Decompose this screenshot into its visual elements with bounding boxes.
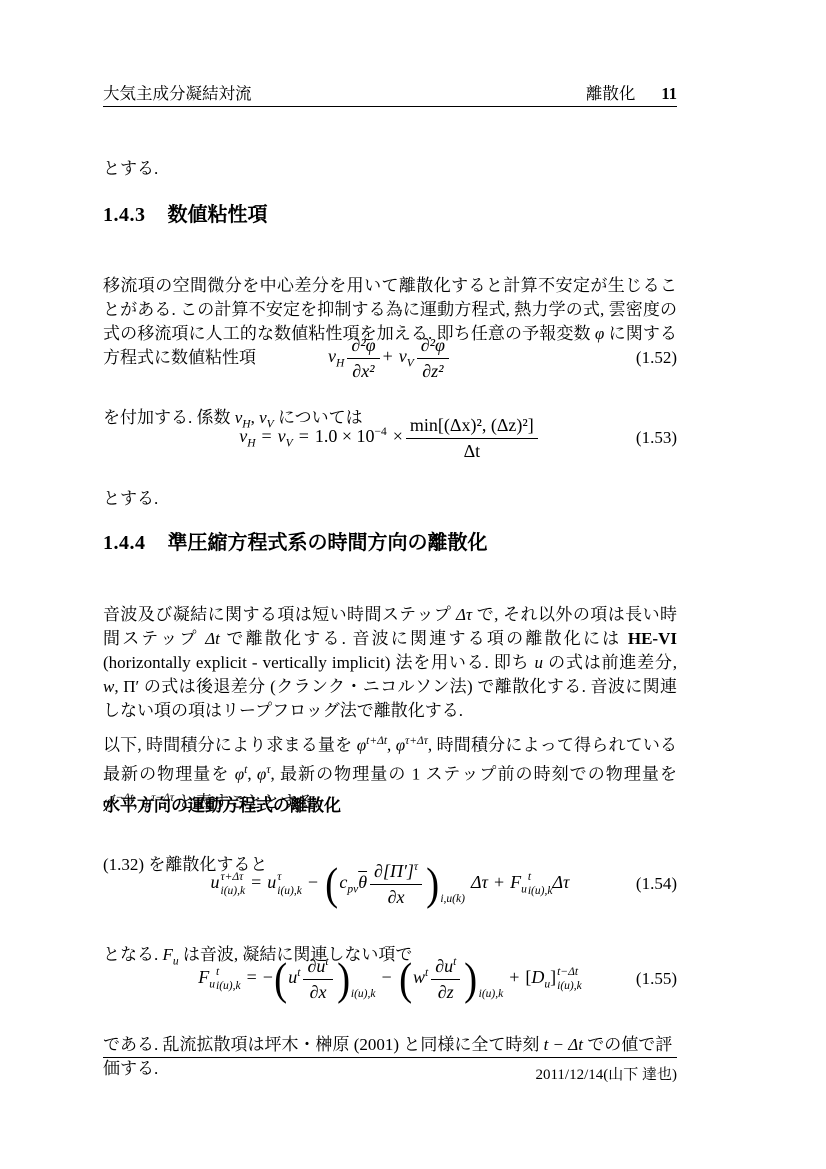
math-sup: t: [528, 870, 553, 884]
paren-subscript: i,u(k): [440, 893, 465, 905]
fraction-numerator: ∂[Π′]τ: [370, 860, 422, 885]
math-var-F: F: [510, 872, 521, 892]
math-operator: +: [509, 967, 519, 987]
math-operator: −: [381, 967, 391, 987]
eq154-body: uτ+Δτi(u),k=uτi(u),k−(cpvθ∂[Π′]τ∂x)i,u(k…: [211, 872, 570, 892]
math-sub: i(u),k: [221, 884, 246, 898]
math-scripts: ti(u),k: [216, 965, 241, 994]
fraction: ∂²φ∂z²: [417, 334, 449, 382]
equation-152: νH∂²φ∂x²+νV∂²φ∂z² (1.52): [103, 334, 677, 382]
text-run: 移流項の空間微分を中心差分を用いて離散化すると計算不安定が生じることがある. こ…: [103, 276, 677, 343]
text-run: ,: [114, 677, 123, 696]
equation-155: Futi(u),k=−(ut∂ut∂x)i(u),k−(wt∂ut∂z)i(u)…: [103, 955, 677, 1003]
paren-subscript: i(u),k: [479, 988, 504, 1000]
header-page-number: 11: [661, 84, 677, 104]
math-scripts: t−Δti(u),k: [557, 965, 582, 994]
math-delta-tau: Δτ: [471, 872, 488, 892]
math-delta-tau: Δτ: [552, 872, 569, 892]
text-run: , 最新の物理量の 1 ステップ前の時刻での物理量を: [270, 764, 677, 783]
math-sup: t: [297, 967, 300, 979]
page-header: 大気主成分凝結対流 離散化 11: [103, 84, 677, 107]
fraction-numerator: min[(Δx)², (Δz)²]: [406, 414, 538, 439]
math-operator: +: [383, 346, 393, 366]
equation-154: uτ+Δτi(u),k=uτi(u),k−(cpvθ∂[Π′]τ∂x)i,u(k…: [103, 860, 677, 908]
math-sub: i(u),k: [216, 979, 241, 993]
paren-subscript: i(u),k: [351, 988, 376, 1000]
math-var-w: w: [103, 677, 114, 696]
math-var-nu: ν: [239, 426, 247, 446]
math-delta-t: Δt: [205, 629, 220, 648]
math-sup: −4: [375, 426, 387, 438]
header-section-name: 離散化: [586, 84, 636, 104]
subheading-label: 水平方向の運動方程式の離散化: [103, 796, 341, 815]
section-number: 1.4.3: [103, 204, 146, 226]
header-title-left: 大気主成分凝結対流: [103, 84, 252, 104]
section-number: 1.4.4: [103, 532, 146, 554]
math-t-minus-dt: t − Δt: [544, 1035, 583, 1054]
math-var-nu: ν: [328, 346, 336, 366]
math-sup: τ: [277, 870, 302, 884]
text-bold-hevi: HE-VI: [628, 629, 677, 648]
text-run: とする.: [103, 489, 158, 508]
text-run: ,: [387, 736, 396, 755]
math-var-theta-bar: θ: [358, 872, 367, 892]
math-var-pi-prime: Π′: [123, 677, 139, 696]
paragraph-tosuru-2: とする.: [103, 487, 677, 511]
eq155-body: Futi(u),k=−(ut∂ut∂x)i(u),k−(wt∂ut∂z)i(u)…: [198, 967, 581, 987]
math-sup: t: [425, 967, 428, 979]
page-footer: 2011/12/14(山下 達也): [103, 1057, 677, 1084]
footer-date: 2011/12/14(山下 達也): [535, 1067, 677, 1083]
math-sub: V: [407, 358, 414, 370]
math-operator: −: [263, 967, 273, 987]
fraction-denominator: ∂z: [434, 980, 458, 1004]
equation-number: (1.52): [636, 348, 677, 368]
math-var-phi: φ: [396, 736, 405, 755]
math-var-nu: ν: [278, 426, 286, 446]
math-operator: +: [494, 872, 504, 892]
fraction-denominator: ∂z²: [418, 359, 447, 383]
math-var-u: u: [267, 872, 276, 892]
fraction: ∂[Π′]τ∂x: [370, 860, 422, 908]
math-var-u: u: [211, 872, 220, 892]
math-operator: ×: [393, 426, 403, 446]
math-var-D: D: [531, 967, 544, 987]
math-equals: =: [247, 967, 257, 987]
text-run: の式は後退差分 (クランク・ニコルソン法) で離散化する. 音波に関連しない項の…: [103, 677, 677, 720]
math-var-u: u: [288, 967, 297, 987]
eq152-body: νH∂²φ∂x²+νV∂²φ∂z²: [328, 346, 452, 366]
math-sup: t: [453, 956, 456, 968]
fraction-numerator: ∂ut: [431, 955, 460, 980]
math-delta-tau: Δτ: [456, 605, 472, 624]
equation-number: (1.53): [636, 428, 677, 448]
section-heading-143: 1.4.3数値粘性項: [103, 204, 677, 226]
fraction: ∂²φ∂x²: [347, 334, 379, 382]
bracket-close: ]: [550, 967, 556, 987]
equation-number: (1.55): [636, 969, 677, 989]
math-var-F: F: [198, 967, 209, 987]
text-run: ,: [247, 764, 257, 783]
math-scripts: τi(u),k: [277, 870, 302, 899]
text-run: 音波及び凝結に関する項は短い時間ステップ: [103, 605, 456, 624]
fraction-denominator: ∂x: [306, 980, 331, 1004]
math-sup: t: [216, 965, 241, 979]
math-var-nu: ν: [399, 346, 407, 366]
math-sup: t: [325, 956, 328, 968]
fraction-denominator: ∂x²: [348, 359, 378, 383]
section-title: 数値粘性項: [168, 204, 268, 226]
math-number: 1.0 × 10: [315, 426, 375, 446]
paragraph-tosuru-1: とする.: [103, 157, 677, 181]
math-var-phi: φ: [235, 764, 244, 783]
math-equals: =: [299, 426, 309, 446]
math-var-phi: φ: [357, 736, 366, 755]
math-var-w: w: [413, 967, 425, 987]
fraction-numerator: ∂²φ: [347, 334, 379, 359]
math-var-u: u: [535, 653, 544, 672]
math-partial-pi: ∂[Π′]: [374, 861, 414, 881]
fraction: min[(Δx)², (Δz)²]Δt: [406, 414, 538, 462]
math-partial-z: ∂z: [438, 982, 454, 1002]
text-run: である. 乱流拡散項は坪木・榊原 (2001) と同様に全て時刻: [103, 1035, 544, 1054]
fraction-denominator: ∂x: [384, 885, 409, 909]
math-sup: τ+Δτ: [405, 735, 428, 747]
math-sup: t−Δt: [557, 965, 582, 979]
text-run: の式は前進差分,: [543, 653, 677, 672]
equation-number: (1.54): [636, 874, 677, 894]
math-partial-x: ∂x: [310, 982, 327, 1002]
math-sub: pv: [347, 884, 358, 896]
math-equals: =: [262, 426, 272, 446]
text-run: (horizontally explicit - vertically impl…: [103, 653, 535, 672]
text-run: で離散化する. 音波に関連する項の離散化には: [220, 629, 628, 648]
document-page: 大気主成分凝結対流 離散化 11 とする. 1.4.3数値粘性項 移流項の空間微…: [0, 0, 826, 1169]
math-equals: =: [251, 872, 261, 892]
fraction-numerator: ∂²φ: [417, 334, 449, 359]
math-scripts: τ+Δτi(u),k: [221, 870, 246, 899]
fraction: ∂ut∂x: [303, 955, 332, 1003]
fraction-denominator: Δt: [460, 439, 485, 463]
math-sub: i(u),k: [528, 884, 553, 898]
math-operator: −: [308, 872, 318, 892]
math-var-phi: φ: [257, 764, 266, 783]
math-partial-u: ∂u: [435, 956, 453, 976]
text-run: 以下, 時間積分により求まる量を: [103, 736, 357, 755]
math-sub: H: [247, 438, 255, 450]
math-sub: i(u),k: [277, 884, 302, 898]
section-heading-144: 1.4.4準圧縮方程式系の時間方向の離散化: [103, 532, 677, 554]
math-sup: t+Δt: [366, 735, 387, 747]
math-scripts: ti(u),k: [528, 870, 553, 899]
fraction: ∂ut∂z: [431, 955, 460, 1003]
math-sub: H: [336, 358, 344, 370]
fraction-numerator: ∂ut: [303, 955, 332, 980]
paragraph-time-discretization: 音波及び凝結に関する項は短い時間ステップ Δτ で, それ以外の項は長い時間ステ…: [103, 603, 677, 723]
math-sub: i(u),k: [557, 979, 582, 993]
math-sub: V: [286, 438, 293, 450]
math-partial-x: ∂x: [388, 887, 405, 907]
math-sup: τ+Δτ: [221, 870, 246, 884]
eq153-body: νH=νV=1.0 × 10−4×min[(Δx)², (Δz)²]Δt: [239, 426, 541, 446]
math-sub: u: [521, 884, 527, 896]
subheading-horizontal-momentum: 水平方向の運動方程式の離散化: [103, 796, 677, 816]
math-partial-u: ∂u: [307, 956, 325, 976]
header-right-group: 離散化 11: [586, 84, 677, 104]
equation-153: νH=νV=1.0 × 10−4×min[(Δx)², (Δz)²]Δt (1.…: [103, 414, 677, 462]
math-sup: τ: [414, 861, 418, 873]
section-title: 準圧縮方程式系の時間方向の離散化: [168, 532, 488, 554]
text-run: とする.: [103, 159, 158, 178]
math-sub: u: [209, 979, 215, 991]
